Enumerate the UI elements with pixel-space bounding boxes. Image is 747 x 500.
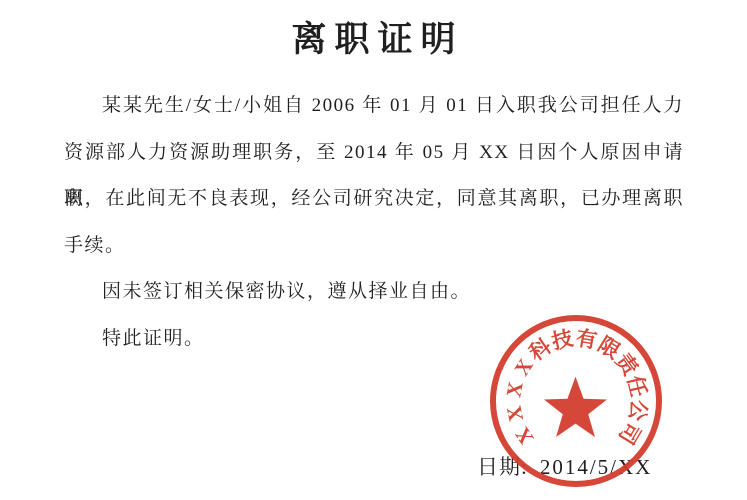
document-line: 因未签订相关保密协议，遵从择业自由。 — [64, 269, 684, 316]
stamp-character: 技 — [550, 328, 575, 353]
document-page: 离职证明 某某先生/女士/小姐自 2006 年 01 月 01 日入职我公司担任… — [0, 0, 747, 500]
stamp-character: X — [512, 424, 538, 448]
stamp-character: 任 — [624, 374, 649, 399]
document-title: 离职证明 — [0, 12, 747, 62]
star-icon — [542, 374, 609, 441]
company-stamp: XXXX科技有限责任公司 — [490, 315, 662, 487]
stamp-character: 司 — [615, 419, 644, 448]
stamp-character: 公 — [625, 398, 649, 422]
document-line: 某某先生/女士/小姐自 2006 年 01 月 01 日入职我公司担任人力 — [64, 83, 684, 130]
stamp-character: X — [503, 380, 526, 399]
document-line: 手续。 — [64, 223, 684, 270]
document-line: 职，在此间无不良表现，经公司研究决定，同意其离职，已办理离职 — [64, 176, 684, 223]
document-line: 资源部人力资源助理职务，至 2014 年 05 月 XX 日因个人原因申请离 — [64, 130, 684, 177]
stamp-character: X — [503, 404, 527, 423]
